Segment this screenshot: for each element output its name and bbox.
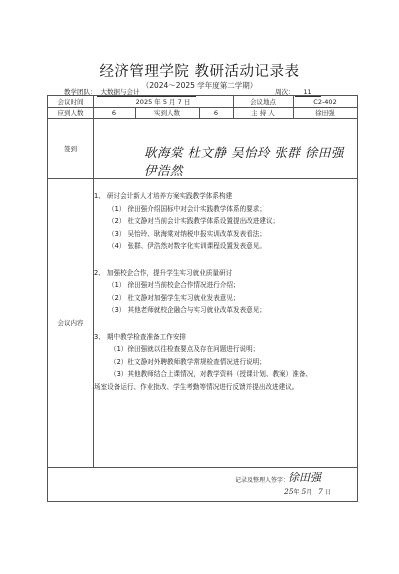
meeting-time-label: 会议时间 — [48, 96, 93, 107]
agenda-item: （3） 吴怡玲、耿海棠对纳税申报实训改革发表看法； — [94, 228, 356, 241]
agenda-heading: 1、 研讨会计新人才培养方案实践教学体系构建 — [94, 190, 356, 203]
document-subtitle: （2024～2025 学年度第二学期） — [0, 80, 399, 91]
agenda-item: （2） 杜文静对当前会计实践教学体系设置提出改进建议； — [94, 215, 356, 228]
agenda-heading: 3、 期中教学检查准备工作安排 — [94, 331, 356, 344]
meeting-time-value: 2025 年 5 月 7 日 — [93, 96, 233, 107]
agenda-item: （3） 其他老师就校企融合与实习就业改革发表意见； — [94, 304, 356, 317]
agenda-item: （1）徐田强就以往检查要点及存在问题进行说明； — [94, 343, 356, 356]
recorder-label: 记录及整理人签字： — [235, 475, 289, 484]
agenda-item: （1） 徐田强介绍国标中对会计实践教学体系的要求； — [94, 203, 356, 216]
agenda-section: 1、 研讨会计新人才培养方案实践教学体系构建 （1） 徐田强介绍国标中对会计实践… — [94, 190, 356, 253]
agenda-heading: 2、 加强校企合作，提升学生实习就业质量研讨 — [94, 267, 356, 280]
agenda-item: （3）其他教师结合上课情况，对教学资料（授课计划、教案）准备、 — [94, 368, 356, 381]
expected-count-label: 应到人数 — [48, 107, 93, 118]
host-label: 主 持 人 — [233, 107, 293, 118]
agenda-item: （1） 徐田强对当前校企合作情况进行介绍； — [94, 279, 356, 292]
agenda-item: （4） 张群、伊浩然对数字化实训课程设置发表意见。 — [94, 240, 356, 253]
record-date: 25年 5月 7 日 — [284, 487, 331, 496]
agenda-section: 3、 期中教学检查准备工作安排 （1）徐田强就以往检查要点及存在问题进行说明； … — [94, 331, 356, 394]
date-day-handwritten: 7 — [318, 487, 323, 496]
signin-area: 耿海棠 杜文静 吴怡玲 张群 徐田强 伊浩然 — [94, 118, 357, 178]
date-year-label: 年 — [294, 489, 300, 496]
actual-count-value: 6 — [199, 107, 233, 118]
location-value: C2-402 — [293, 96, 357, 107]
host-value: 徐田强 — [293, 107, 357, 118]
actual-count-label: 实到人数 — [135, 107, 199, 118]
content-label: 会议内容 — [48, 178, 93, 467]
signin-label: 签到 — [48, 118, 93, 178]
expected-count-value: 6 — [93, 107, 135, 118]
date-month-label: 月 — [306, 489, 312, 496]
record-table: 会议时间 2025 年 5 月 7 日 会议地点 C2-402 应到人数 6 实… — [47, 95, 358, 502]
recorder-footer: 记录及整理人签字： 徐田强 25年 5月 7 日 — [48, 467, 357, 501]
meeting-content: 1、 研讨会计新人才培养方案实践教学体系构建 （1） 徐田强介绍国标中对会计实践… — [94, 180, 356, 407]
date-day-label: 日 — [325, 489, 331, 496]
date-year-handwritten: 25 — [284, 487, 294, 496]
handwritten-signatures: 耿海棠 杜文静 吴怡玲 张群 徐田强 伊浩然 — [144, 143, 357, 179]
agenda-item: （2） 杜文静对加强学生实习就业发表意见； — [94, 292, 356, 305]
agenda-section: 2、 加强校企合作，提升学生实习就业质量研讨 （1） 徐田强对当前校企合作情况进… — [94, 267, 356, 317]
agenda-item-continuation: 场室设备运行、作业批改、学生考勤等情况进行反馈并提出改进建议。 — [94, 381, 356, 394]
recorder-signature: 徐田强 — [288, 469, 321, 485]
agenda-item: （2）杜文静对外聘教师教学常规检查情况进行说明； — [94, 356, 356, 369]
document-title: 经济管理学院 教研活动记录表 — [0, 60, 399, 81]
location-label: 会议地点 — [233, 96, 293, 107]
